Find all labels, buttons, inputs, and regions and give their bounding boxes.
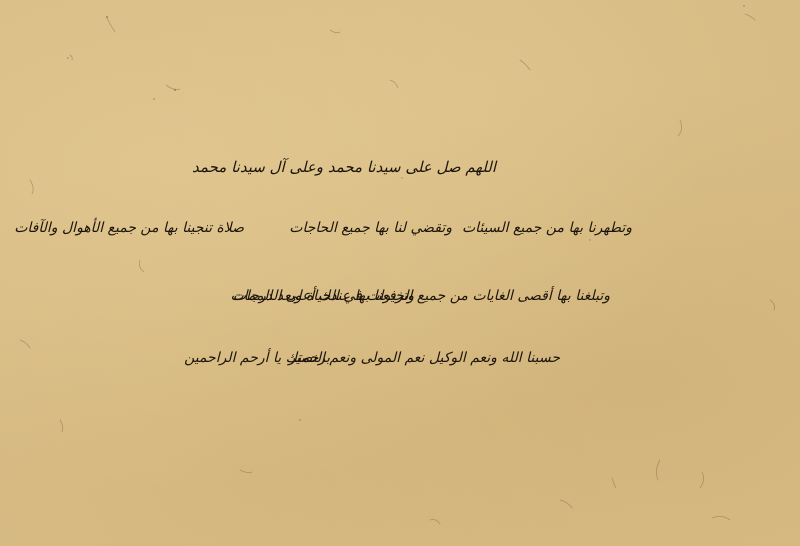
calligraphy-line-2-segment-1: صلاة تنجينا بها من جميع الأهوال والآفات [14,220,244,236]
calligraphy-line-2-segment-2: وتقضي لنا بها جميع الحاجات [289,220,452,236]
parchment-page: اللهم صل على سيدنا محمد وعلى آل سيدنا مح… [0,0,800,546]
paper-fiber-texture [0,0,800,546]
calligraphy-line-4-segment-1: برحمتك يا أرحم الراحمين [184,350,330,366]
calligraphy-line-3-segment-1: وترفعنا بها عندك أعلى الدرجات [233,288,414,304]
calligraphy-line-1: اللهم صل على سيدنا محمد وعلى آل سيدنا مح… [192,158,496,176]
calligraphy-line-2-segment-3: وتطهرنا بها من جميع السيئات [462,220,632,236]
